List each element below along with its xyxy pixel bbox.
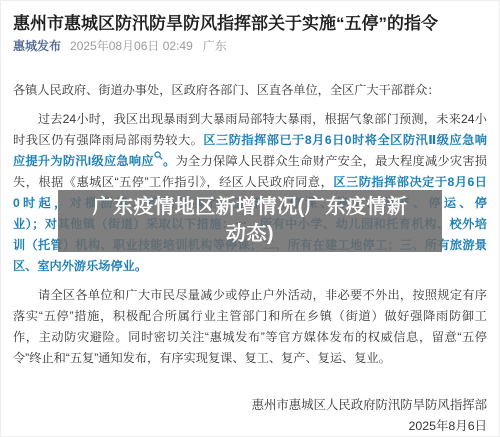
paragraph: 各镇人民政府、街道办事处，区政府各部门、区直各单位，全区广大干部群众： bbox=[13, 80, 487, 101]
text-line: 令”终止和“五复”通知发布，有序实现复课、复工、复产、复运、复业。 bbox=[13, 348, 487, 369]
page-title: 惠州市惠城区防汛防旱防风指挥部关于实施“五停”的指令 bbox=[13, 12, 487, 36]
overlay-line-1: 广东疫情地区新增情况(广东疫情新 bbox=[93, 194, 408, 221]
body-text: 时我区仍有强降雨局部雨势较大。 bbox=[13, 133, 203, 147]
text-line: 时我区仍有强降雨局部雨势较大。区三防指挥部已于8月6日0时将全区防汛Ⅱ级应急响 bbox=[13, 130, 487, 151]
emphasis-text: 。 bbox=[163, 154, 176, 168]
signature-block: 惠州市惠城区人民政府防汛防旱防风指挥部 2025年8月6日 bbox=[13, 395, 487, 437]
account-link[interactable]: 惠城发布 bbox=[13, 39, 61, 53]
article-page: 惠州市惠城区防汛防旱防风指挥部关于实施“五停”的指令 惠城发布2025年08月0… bbox=[0, 0, 500, 437]
body-text: 请全区各单位和广大市民尽量减少或停止户外活动，非必要不外出，按照规定有序 bbox=[13, 288, 487, 302]
publish-region: 广东 bbox=[203, 39, 227, 53]
emphasis-text: 应提升为防汛I级应急响应 bbox=[13, 154, 154, 168]
text-line: 区、室内外游乐场停业。 bbox=[13, 256, 487, 277]
emphasis-text: 区三防指挥部已于8月6日0时将全区防汛Ⅱ级应急响 bbox=[203, 133, 487, 147]
body-text: 落实“五停”措施，积极配合所属行业主管部门和所在乡镇（街道）做好强降雨防御工 bbox=[13, 309, 487, 323]
signature-org: 惠州市惠城区人民政府防汛防旱防风指挥部 bbox=[13, 395, 487, 416]
body-text: 各镇人民政府、街道办事处，区政府各部门、区直各单位，全区广大干部群众： bbox=[13, 83, 440, 97]
text-line: 作，主动防灾避险。同时密切关注“惠城发布”等官方媒体发布的权威信息，留意“五停 bbox=[13, 327, 487, 348]
article-meta: 惠城发布2025年08月06日 02:49广东 bbox=[13, 39, 487, 54]
text-line: 过去24小时，我区出现暴雨到大暴雨局部特大暴雨，根据气象部门预测，未来24小 bbox=[13, 109, 487, 130]
overlay-line-2: 动态) bbox=[226, 221, 274, 248]
body-text: 为全力保障人民群众生命财产安全，最大程度减少灾害损 bbox=[176, 154, 487, 168]
text-line: 各镇人民政府、街道办事处，区政府各部门、区直各单位，全区广大干部群众： bbox=[13, 80, 487, 101]
text-line: 应提升为防汛I级应急响应。为全力保障人民群众生命财产安全，最大程度减少灾害损 bbox=[13, 151, 487, 172]
signature-date: 2025年8月6日 bbox=[13, 416, 487, 437]
text-line: 请全区各单位和广大市民尽量减少或停止户外活动，非必要不外出，按照规定有序 bbox=[13, 285, 487, 306]
watermark-overlay: 广东疫情地区新增情况(广东疫情新 动态) bbox=[58, 190, 442, 252]
emphasis-text: 区、室内外游乐场停业。 bbox=[13, 259, 147, 273]
body-text: 作，主动防灾避险。同时密切关注“惠城发布”等官方媒体发布的权威信息，留意“五停 bbox=[13, 330, 487, 344]
text-line: 落实“五停”措施，积极配合所属行业主管部门和所在乡镇（街道）做好强降雨防御工 bbox=[13, 306, 487, 327]
body-text: 过去24小时，我区出现暴雨到大暴雨局部特大暴雨，根据气象部门预测，未来24小 bbox=[13, 112, 487, 126]
emphasis-text: 区三防指挥部决定于8月6日 bbox=[333, 175, 487, 189]
body-text: 失，根据《惠城区“五停”工作指引》，经区人民政府同意， bbox=[13, 175, 333, 189]
search-icon[interactable] bbox=[154, 151, 163, 160]
publish-date: 2025年08月06日 02:49 bbox=[70, 39, 193, 53]
paragraph: 请全区各单位和广大市民尽量减少或停止户外活动，非必要不外出，按照规定有序落实“五… bbox=[13, 285, 487, 369]
body-text: 令”终止和“五复”通知发布，有序实现复课、复工、复产、复运、复业。 bbox=[13, 351, 391, 365]
